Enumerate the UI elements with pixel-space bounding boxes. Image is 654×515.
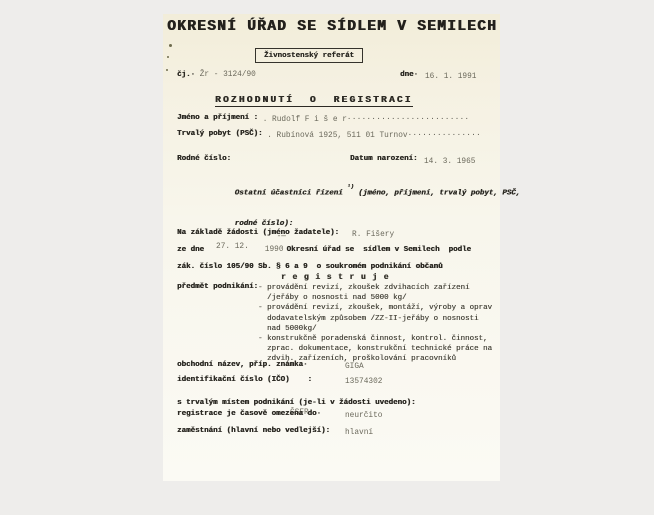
business-activities-list: - provádění revizí, zkoušek zdvihacích z… <box>258 283 492 365</box>
employment-type-value: hlavní <box>345 429 373 437</box>
application-date-value: 27. 12. <box>216 243 249 251</box>
file-number-label: čj.· <box>177 71 195 79</box>
activity-item: /jeřáby o nosnosti nad 5000 kg/ <box>258 293 492 303</box>
activity-item: dodavatelským způsobem /ZZ-II-jeřáby o n… <box>258 314 492 324</box>
address-value: . Rubínová 1925, 511 01 Turnov <box>263 132 408 140</box>
other-participants-label: Ostatní účastníci řízení <box>235 189 348 197</box>
application-basis-row: Na základě žádosti (jméno žadatele): R. … <box>177 229 394 237</box>
trade-name-row: obchodní název, příp. známka· GIGA <box>177 361 492 369</box>
name-row: Jméno a příjmení : . Rudolf F i š e r ..… <box>177 114 469 122</box>
address-row: Trvalý pobyt (PSČ): . Rubínová 1925, 511… <box>177 130 481 138</box>
trade-name-label: obchodní název, příp. známka· <box>177 361 308 369</box>
activity-item: - provádění revizí, zkoušek zdvihacích z… <box>258 283 492 293</box>
application-year-value: 1990 <box>265 246 284 254</box>
department-box: Živnostenský referát <box>255 44 363 62</box>
registration-duration-row: registrace je časově omezena do· neurčit… <box>177 410 492 418</box>
trade-name-value: GIGA <box>345 363 364 371</box>
address-label: Trvalý pobyt (PSČ): <box>177 130 263 138</box>
screenshot-root: { "doc": { "header": { "title": "OKRESNÍ… <box>0 0 654 515</box>
activity-item: nad 5000kg/ <box>258 324 492 334</box>
birth-row: Rodné číslo: Datum narození: 14. 3. 1965 <box>177 155 489 163</box>
ico-label: identifikační číslo (IČO) : <box>177 376 312 384</box>
activity-item: zprac. dokumentace, konstrukční technick… <box>258 344 492 354</box>
business-subject-label: předmět podnikání: <box>177 283 258 291</box>
registration-duration-value: neurčito <box>345 412 382 420</box>
activity-item: - konstrukčně poradenská činnost, kontro… <box>258 334 492 344</box>
name-dotted-line: ......................... <box>347 114 470 122</box>
applicant-name-value: R. Fišery <box>352 231 394 239</box>
activity-item: - provádění revizí, zkoušek, montáží, vý… <box>258 303 492 313</box>
birth-date-value: 14. 3. 1965 <box>424 158 475 166</box>
date-value: 16. 1. 1991 <box>425 73 476 81</box>
decision-heading: ROZHODNUTÍ O REGISTRACI <box>215 94 413 107</box>
file-number-row: čj.· Žr - 3124/90 dne· 16. 1. 1991 <box>177 71 487 79</box>
ink-speck <box>167 56 169 58</box>
ico-row: identifikační číslo (IČO) : 13574302 <box>177 376 492 384</box>
ink-speck <box>166 69 168 71</box>
decision-heading-wrap: ROZHODNUTÍ O REGISTRACI <box>215 89 413 107</box>
registers-word-wrap: r e g i s t r u j e <box>281 266 389 284</box>
other-participants-block: Ostatní účastníci řízení ¹) (jméno, příj… <box>177 172 520 252</box>
business-subject-label-wrap: předmět podnikání: <box>177 275 258 293</box>
from-date-label: ze dne <box>177 246 204 254</box>
name-label: Jméno a příjmení : <box>177 114 258 122</box>
employment-type-label: zaměstnání (hlavní nebo vedlejší): <box>177 427 330 435</box>
document-page: OKRESNÍ ÚŘAD SE SÍDLEM V SEMILECH Živnos… <box>163 14 500 481</box>
address-dotted-line: ............... <box>408 130 482 138</box>
department-label: Živnostenský referát <box>255 48 363 63</box>
employment-type-row: zaměstnání (hlavní nebo vedlejší): hlavn… <box>177 427 492 435</box>
birth-date-label: Datum narození: <box>350 155 418 163</box>
name-value: . Rudolf F i š e r <box>258 116 347 124</box>
ink-speck <box>169 44 172 47</box>
file-number-value: Žr - 3124/90 <box>195 71 256 79</box>
other-participants-hint: (jméno, příjmení, trvalý pobyt, PSČ, <box>354 189 521 197</box>
footnote-marker: ¹) <box>347 183 354 190</box>
date-label: dne· <box>400 71 418 79</box>
registers-word: r e g i s t r u j e <box>281 273 389 282</box>
authority-statement: Okresní úřad se sídlem v Semilech podle <box>287 246 472 254</box>
application-basis-label: Na základě žádosti (jméno žadatele): <box>177 229 339 237</box>
office-title: OKRESNÍ ÚŘAD SE SÍDLEM V SEMILECH <box>167 19 497 35</box>
application-date-row: ze dne 27. 12. 1990 Okresní úřad se sídl… <box>177 246 471 254</box>
other-participants-label2: rodné číslo): <box>235 220 294 228</box>
ico-value: 13574302 <box>345 378 382 386</box>
registration-duration-label: registrace je časově omezena do· <box>177 410 321 418</box>
birth-id-label: Rodné číslo: <box>177 155 231 163</box>
